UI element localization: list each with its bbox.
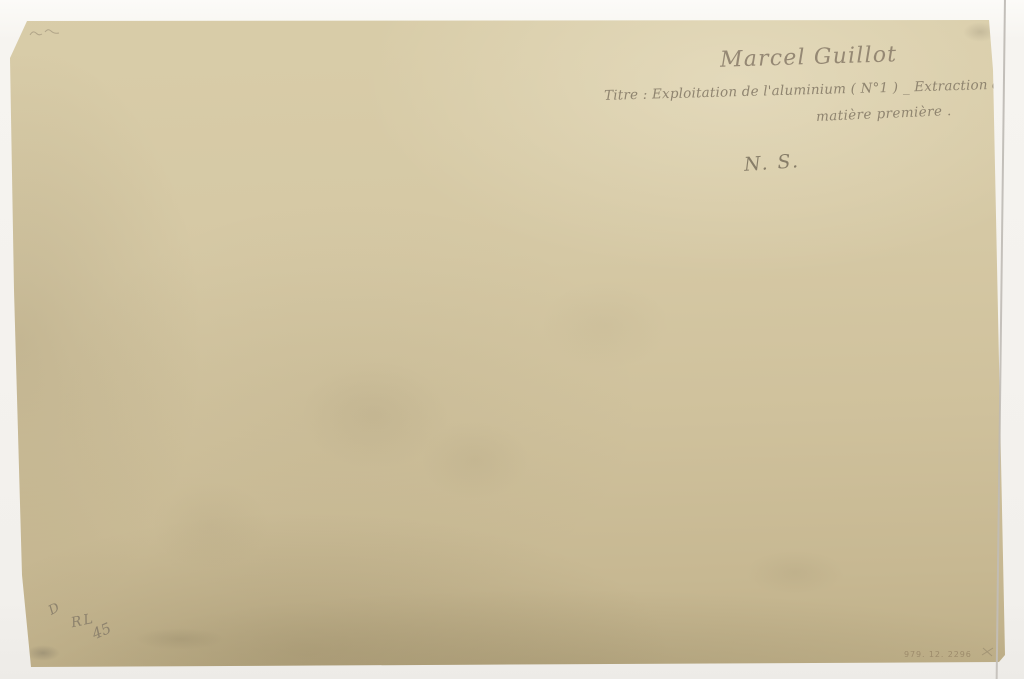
- scan-background: Marcel Guillot Titre : Exploitation de l…: [0, 0, 1024, 679]
- paper-edge-shading: [0, 0, 1024, 679]
- paper-sheet: Marcel Guillot Titre : Exploitation de l…: [0, 0, 1024, 679]
- pencil-scribble: [28, 26, 62, 40]
- monogram-inscription: N. S.: [743, 150, 800, 176]
- inventory-number: 979. 12. 2296: [904, 650, 972, 659]
- pencil-cross: [980, 646, 996, 658]
